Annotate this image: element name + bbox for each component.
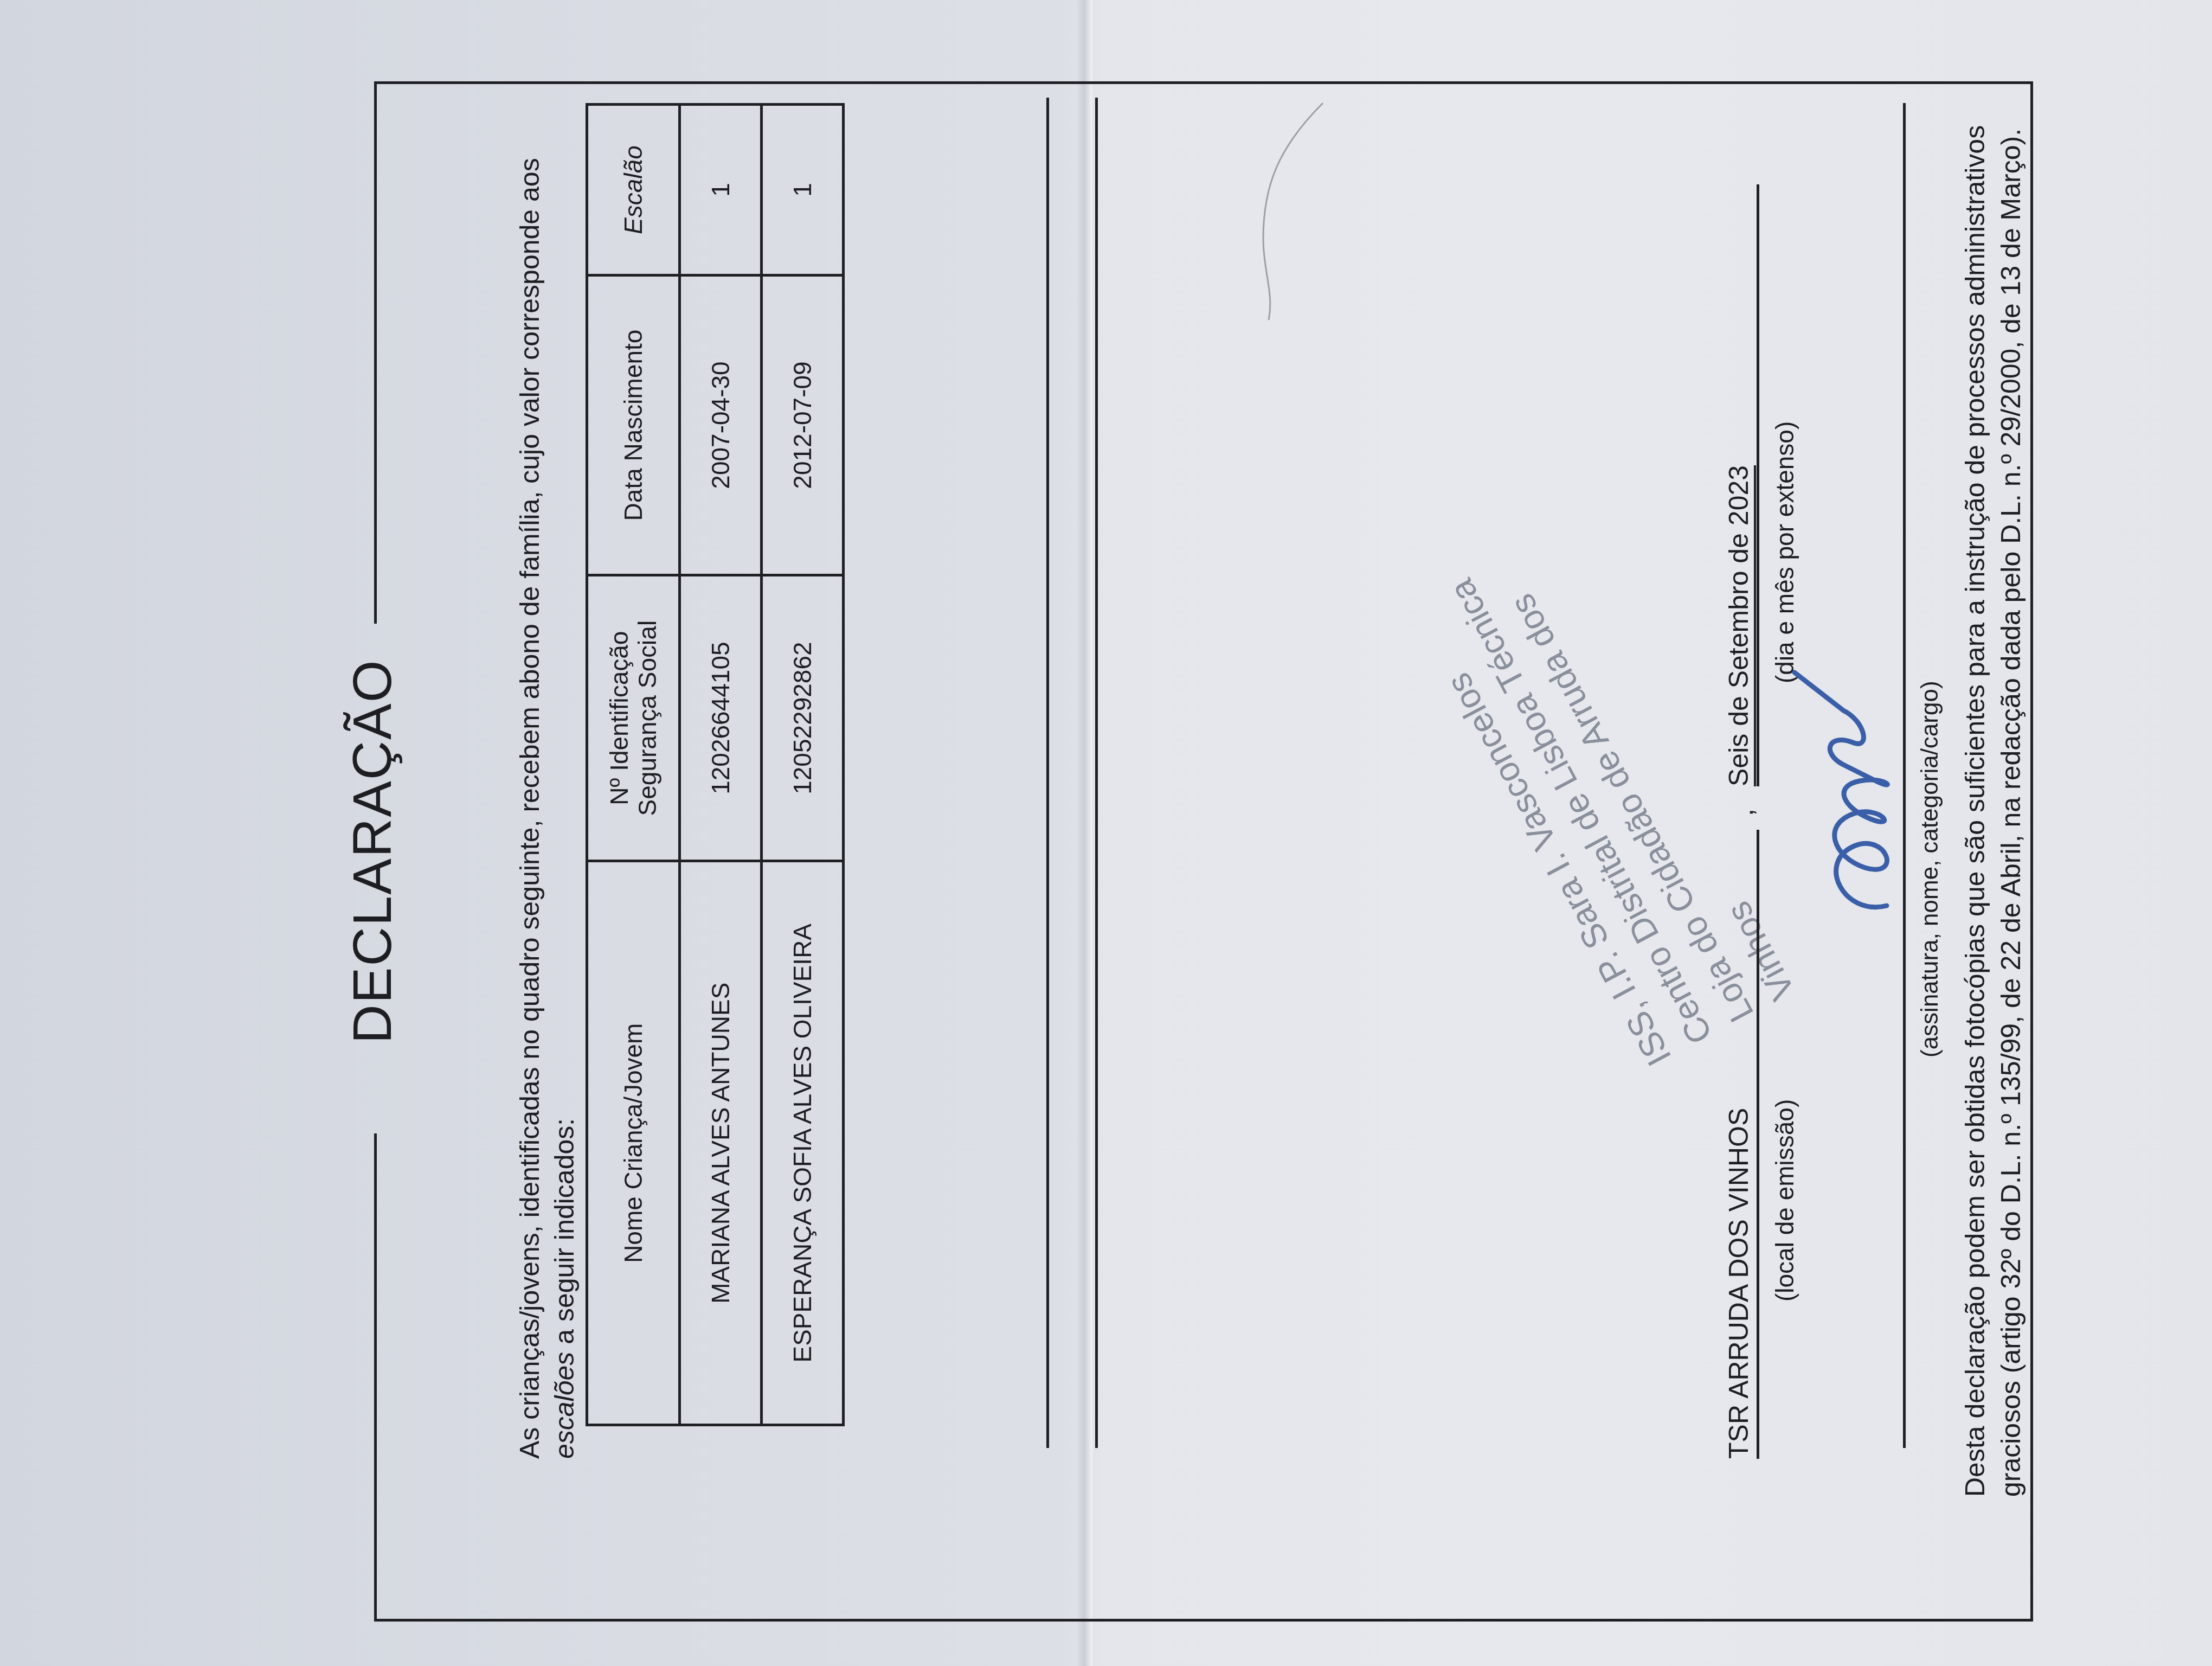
header-birth-date: Data Nascimento	[587, 275, 680, 575]
blank-row-line	[1046, 98, 1049, 1448]
handwritten-signature-icon	[1762, 645, 1935, 927]
footer-note: Desta declaração podem ser obtidas fotoc…	[1957, 108, 2029, 1497]
intro-tail: a seguir indicados:	[549, 1118, 580, 1344]
children-table: Nome Criança/Jovem Nº Identificação Segu…	[586, 103, 845, 1426]
signature-line	[1903, 103, 1906, 1448]
cell-birth-date: 2007-04-30	[680, 275, 762, 575]
signature-caption: (assinatura, nome, categoria/cargo)	[1917, 681, 1944, 1058]
place-of-issue: TSR ARRUDA DOS VINHOS	[1723, 830, 1759, 1459]
place-separator: ,	[1728, 809, 1759, 816]
place-date-row: TSR ARRUDA DOS VINHOS , Seis de Setembro…	[1705, 103, 1770, 1459]
cell-ss-id: 12052292862	[762, 575, 844, 861]
table-header-row: Nome Criança/Jovem Nº Identificação Segu…	[587, 105, 680, 1425]
table-row: ESPERANÇA SOFIA ALVES OLIVEIRA 120522928…	[762, 105, 844, 1425]
cell-ss-id: 12026644105	[680, 575, 762, 861]
blank-row-line	[1095, 98, 1098, 1448]
document-title: DECLARAÇÃO	[342, 81, 404, 1622]
place-caption: (local de emissão)	[1770, 1099, 1799, 1302]
cell-birth-date: 2012-07-09	[762, 275, 844, 575]
intro-emphasis: escalões	[549, 1352, 580, 1459]
cell-name: MARIANA ALVES ANTUNES	[680, 861, 762, 1425]
header-ss-id: Nº Identificação Segurança Social	[587, 575, 680, 861]
issue-date: Seis de Setembro de 2023	[1723, 184, 1759, 786]
header-escalao: Escalão	[587, 105, 680, 275]
cell-escalao: 1	[762, 105, 844, 275]
issue-date-text: Seis de Setembro de 2023	[1724, 465, 1756, 786]
table-row: MARIANA ALVES ANTUNES 12026644105 2007-0…	[680, 105, 762, 1425]
cell-escalao: 1	[680, 105, 762, 275]
declaration-document: DECLARAÇÃO As crianças/jovens, identific…	[374, 71, 2044, 1622]
header-name: Nome Criança/Jovem	[587, 861, 680, 1425]
date-caption: (dia e mês por extenso)	[1770, 421, 1799, 683]
cell-name: ESPERANÇA SOFIA ALVES OLIVEIRA	[762, 861, 844, 1425]
intro-text: As crianças/jovens, identificadas no qua…	[515, 158, 545, 1459]
intro-paragraph: As crianças/jovens, identificadas no qua…	[512, 103, 582, 1459]
